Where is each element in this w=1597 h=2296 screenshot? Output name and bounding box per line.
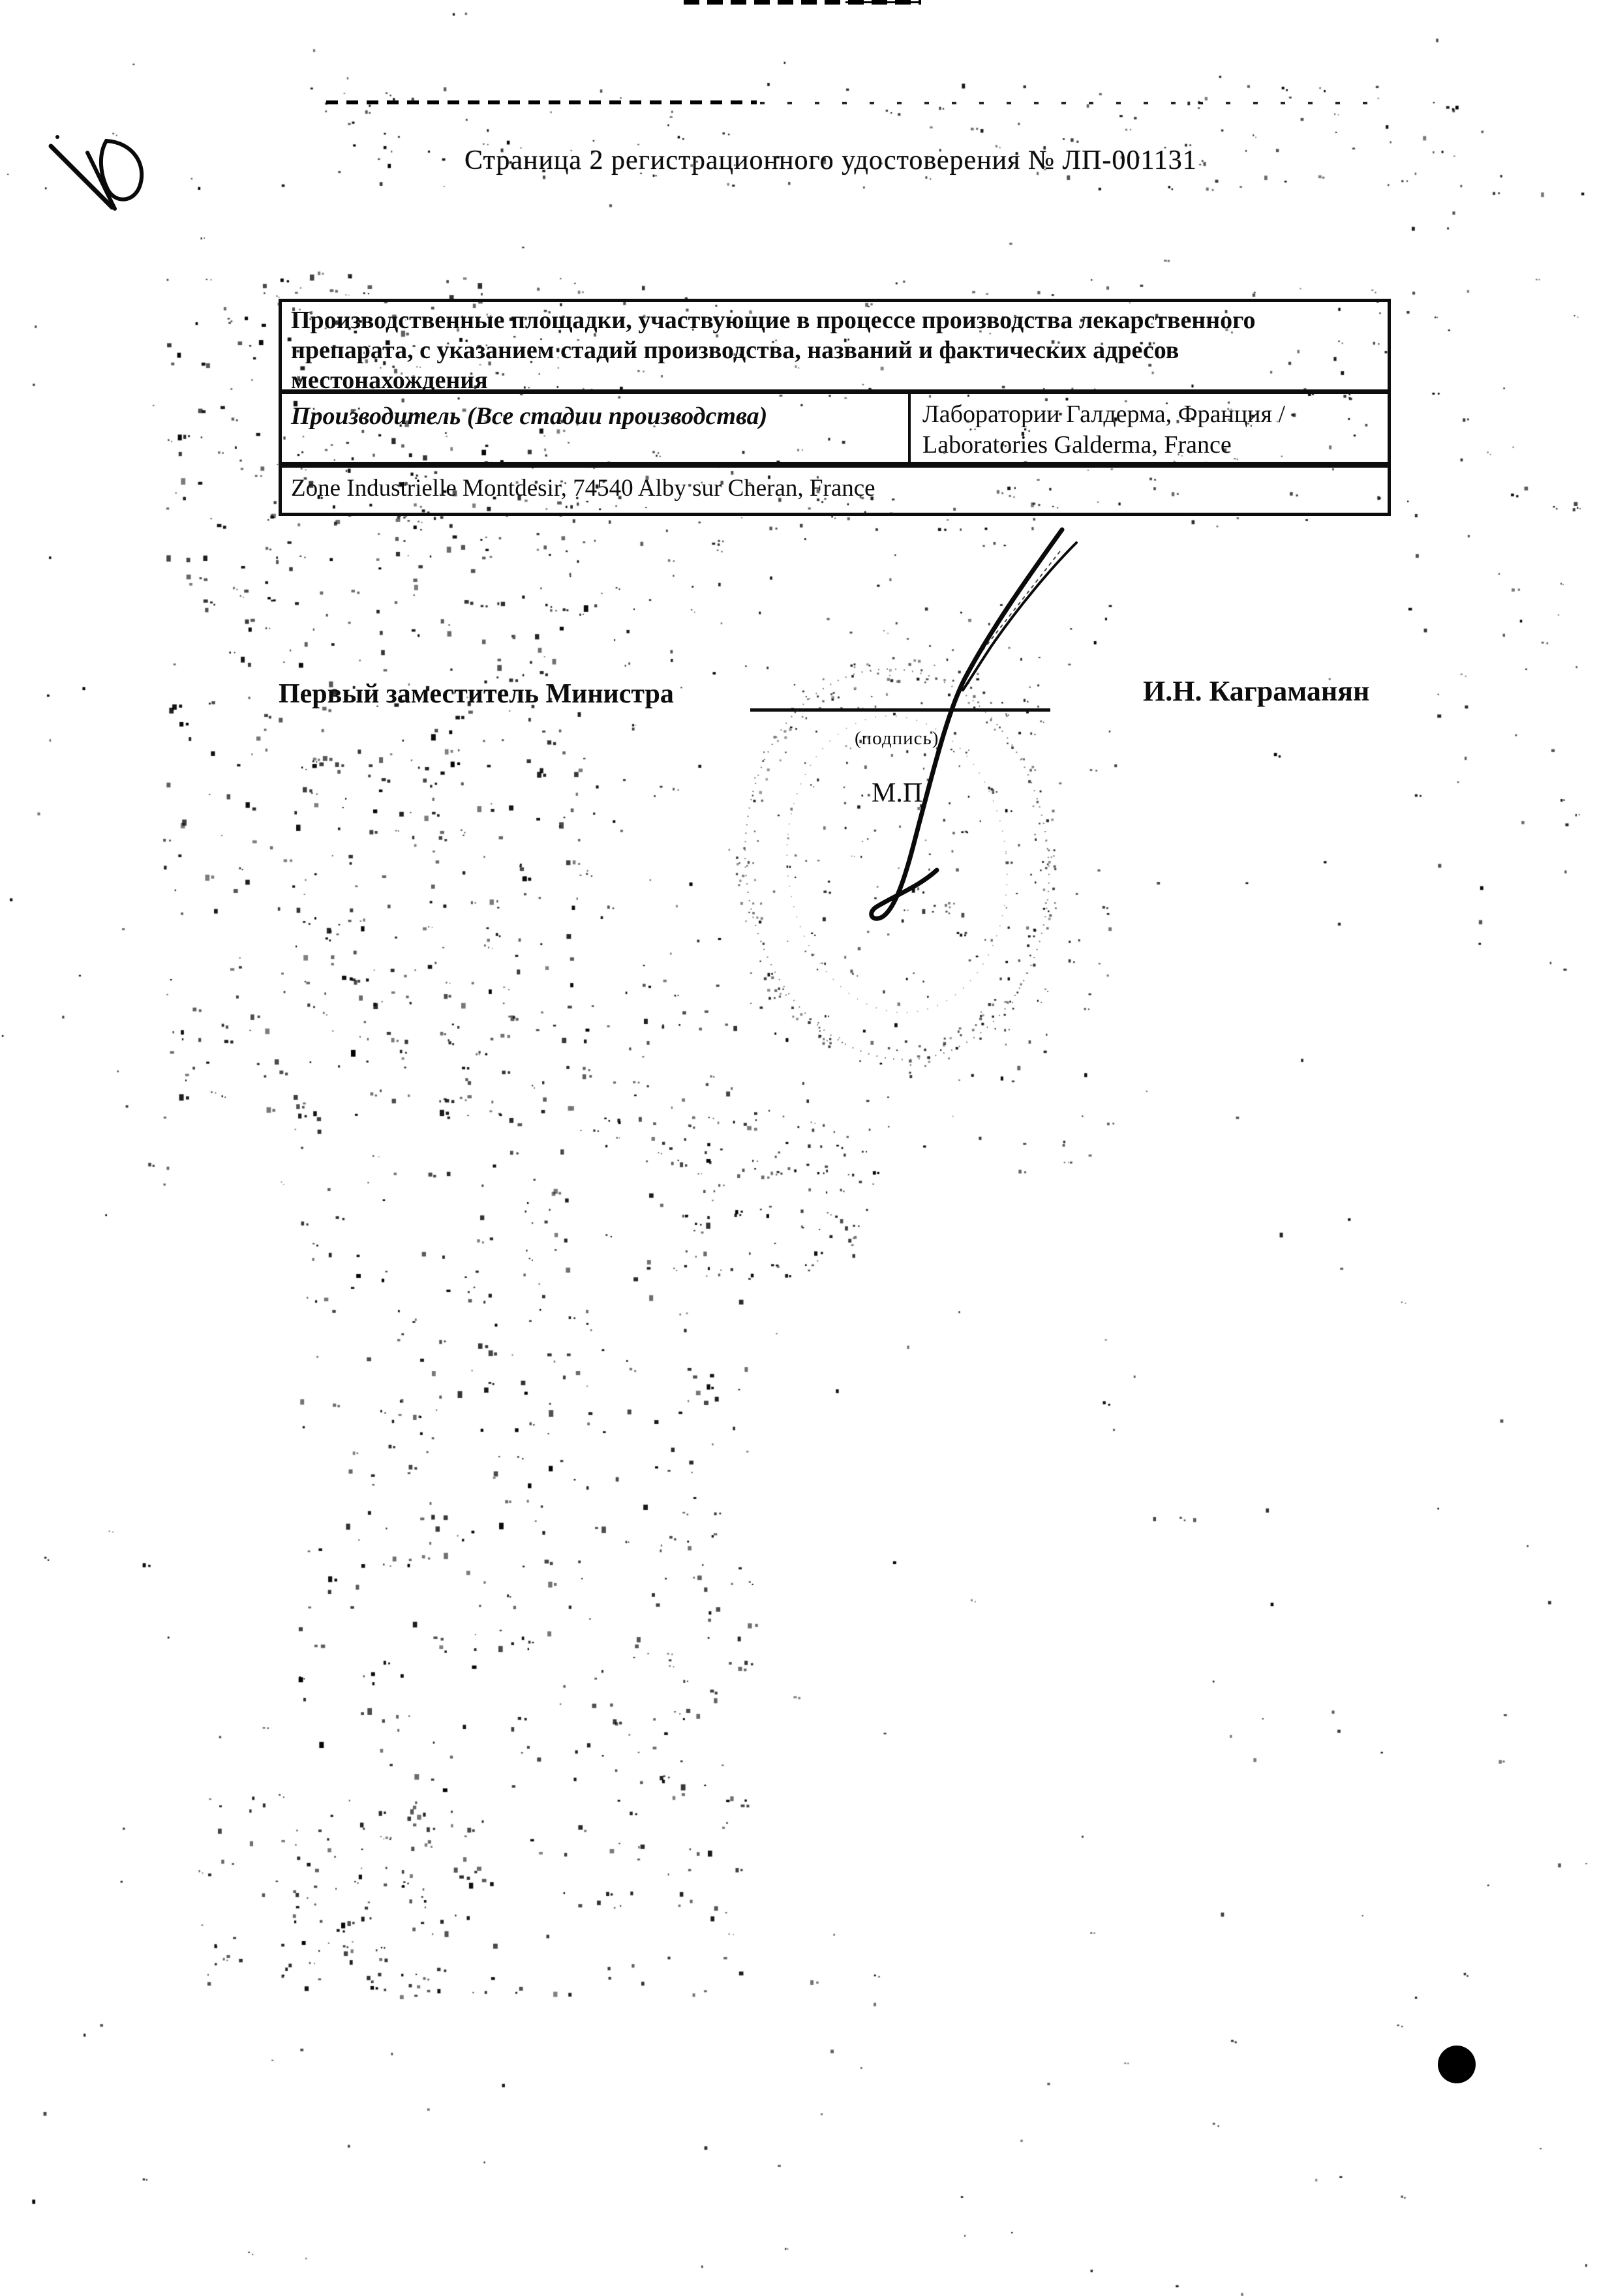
production-sites-table: Производственные площадки, участвующие в… (279, 299, 1391, 516)
table-row-producer: Производитель (Все стадии производства) … (282, 394, 1388, 468)
signatory-name: И.Н. Каграманян (1143, 674, 1369, 708)
manufacturer-cell: Лаборатории Галдерма, Франция / Laborato… (911, 394, 1388, 462)
scan-artifact-line-top-tail (845, 1, 921, 3)
punch-hole-dot (1438, 2046, 1476, 2083)
seal-place-mark: М.П. (872, 778, 930, 809)
page-title: Страница 2 регистрационного удостоверени… (464, 145, 1197, 176)
signature-caption: (подпись) (855, 728, 939, 749)
table-header-cell: Производственные площадки, участвующие в… (282, 302, 1388, 394)
signatory-post-label: Первый заместитель Министра (279, 678, 674, 710)
signature-line (750, 708, 1050, 712)
producer-label-cell: Производитель (Все стадии производства) (282, 394, 911, 462)
scanned-document-page: Страница 2 регистрационного удостоверени… (0, 0, 1597, 2296)
scan-artifact-line-header (326, 100, 757, 104)
scan-artifact-line-header-sparse (760, 102, 1370, 104)
address-cell: Zone Industrielle Montdesir, 74540 Alby … (282, 468, 1388, 513)
